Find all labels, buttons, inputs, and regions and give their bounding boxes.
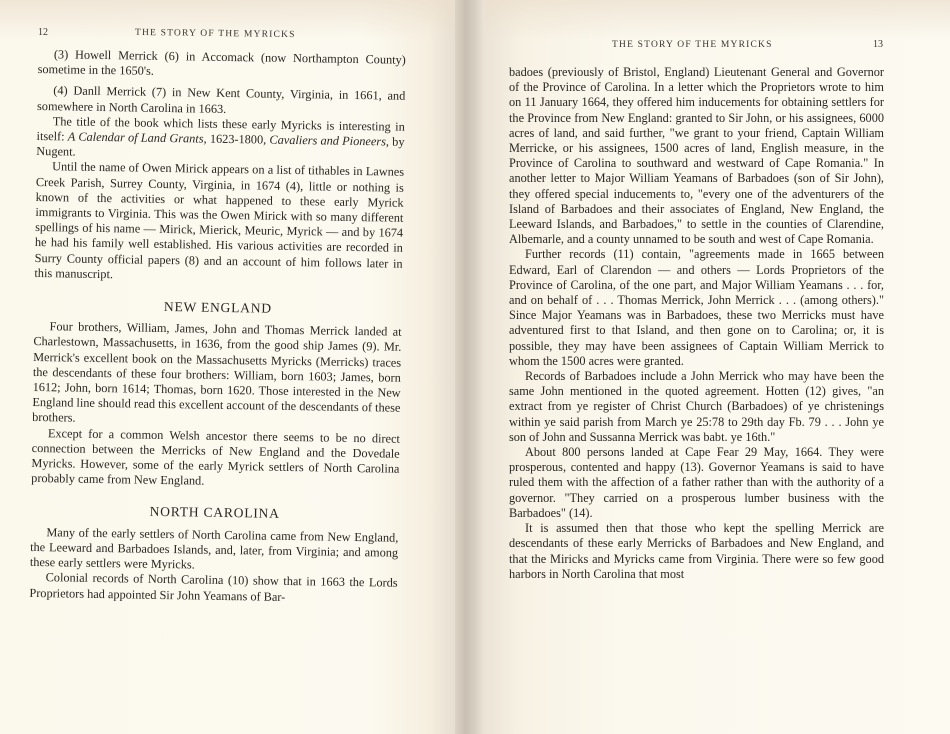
book-spread: 12 THE STORY OF THE MYRICKS (3) Howell M… xyxy=(0,0,950,734)
left-page: 12 THE STORY OF THE MYRICKS (3) Howell M… xyxy=(0,0,455,734)
paragraph-book-title: The title of the book which lists these … xyxy=(36,114,405,165)
paragraph: Further records (11) contain, "agreement… xyxy=(509,247,884,369)
section-heading-new-england: NEW ENGLAND xyxy=(34,297,402,318)
book-gutter xyxy=(455,0,485,734)
paragraph: About 800 persons landed at Cape Fear 29… xyxy=(509,445,884,521)
running-head-right: THE STORY OF THE MYRICKS xyxy=(612,40,773,50)
page-shadow xyxy=(485,0,950,40)
book-title-italic: A Calendar of Land Grants xyxy=(68,129,204,145)
paragraph: (3) Howell Merrick (6) in Accomack (now … xyxy=(38,47,406,83)
paragraph: Many of the early settlers of North Caro… xyxy=(30,525,399,576)
paragraph: Four brothers, William, James, John and … xyxy=(32,319,402,431)
paragraph: Records of Barbadoes include a John Merr… xyxy=(509,369,884,445)
right-page-text: badoes (previously of Bristol, England) … xyxy=(509,65,884,582)
section-heading-north-carolina: NORTH CAROLINA xyxy=(31,502,399,523)
running-head-left: THE STORY OF THE MYRICKS xyxy=(135,28,296,40)
text: , 1623-1800, xyxy=(203,132,269,147)
page-number-right: 13 xyxy=(873,39,883,50)
book-title-italic: Cavaliers and Pioneers xyxy=(269,133,386,149)
paragraph: Colonial records of North Carolina (10) … xyxy=(29,570,397,606)
left-page-text: (3) Howell Merrick (6) in Accomack (now … xyxy=(29,47,406,606)
page-number-left: 12 xyxy=(38,27,48,38)
paragraph: badoes (previously of Bristol, England) … xyxy=(509,65,884,247)
paragraph: Until the name of Owen Mirick appears on… xyxy=(34,159,404,286)
paragraph: Except for a common Welsh ancestor there… xyxy=(31,426,400,493)
paragraph: It is assumed then that those who kept t… xyxy=(509,521,884,582)
